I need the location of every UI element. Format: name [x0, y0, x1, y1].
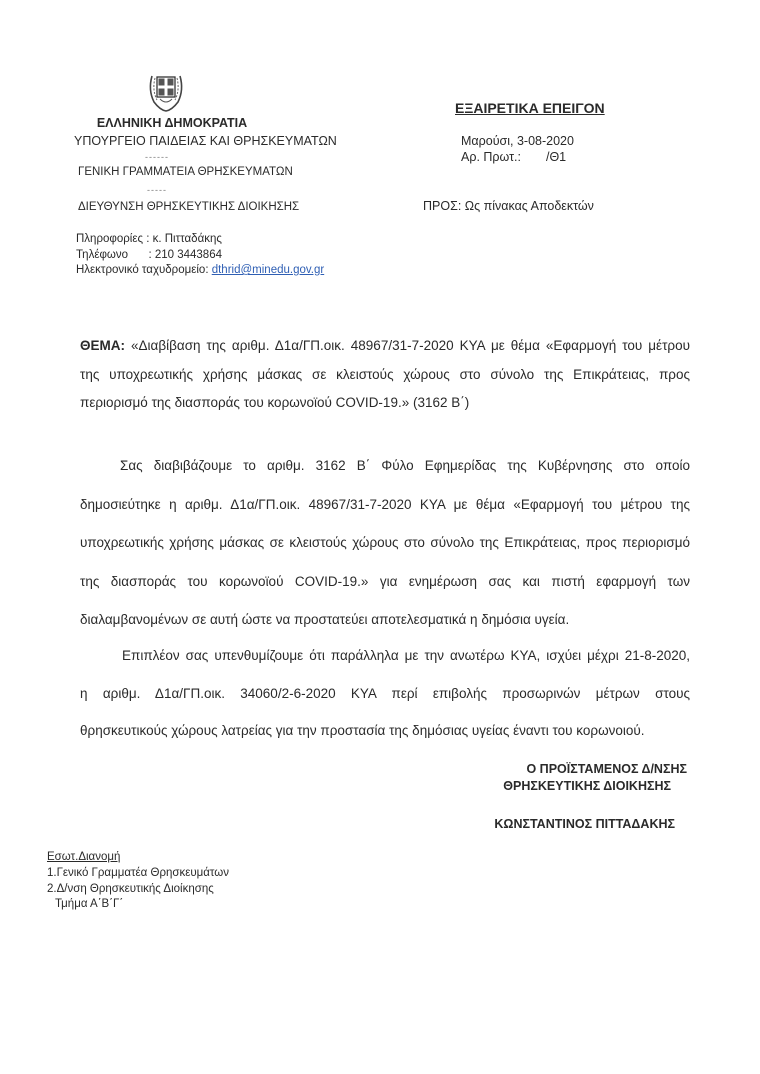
email-label: Ηλεκτρονικό ταχυδρομείο:	[76, 264, 209, 276]
subject-text: «Διαβίβαση της αριθμ. Δ1α/ΓΠ.οικ. 48967/…	[131, 338, 690, 353]
paragraph-2-line: θρησκευτικούς χώρους λατρείας για την πρ…	[80, 723, 645, 738]
paragraph-2-line: Επιπλέον σας υπενθυμίζουμε ότι παράλληλα…	[122, 648, 690, 663]
recipient: ΠΡΟΣ: Ως πίνακας Αποδεκτών	[423, 199, 594, 213]
subject-line-1: ΘΕΜΑ: «Διαβίβαση της αριθμ. Δ1α/ΓΠ.οικ. …	[80, 338, 690, 353]
separator: -----	[147, 185, 167, 195]
protocol-value: /Θ1	[546, 150, 566, 164]
signature-title-1: Ο ΠΡΟΪΣΤΑΜΕΝΟΣ Δ/ΝΣΗΣ	[482, 762, 687, 776]
signature-title-2: ΘΡΗΣΚΕΥΤΙΚΗΣ ΔΙΟΙΚΗΣΗΣ	[482, 779, 671, 793]
urgency-label: ΕΞΑΙΡΕΤΙΚΑ ΕΠΕΙΓΟΝ	[455, 100, 605, 116]
contact-email: Ηλεκτρονικό ταχυδρομείο: dthrid@minedu.g…	[76, 264, 324, 276]
contact-phone: Τηλέφωνο : 210 3443864	[76, 249, 222, 261]
distribution-heading: Εσωτ.Διανομή	[47, 851, 120, 863]
subject-label: ΘΕΜΑ:	[80, 338, 125, 353]
paragraph-1-line: Σας διαβιβάζουμε το αριθμ. 3162 Β΄ Φύλο …	[120, 458, 690, 473]
phone-value: : 210 3443864	[148, 249, 222, 261]
directorate: ΔΙΕΥΘΥΝΣΗ ΘΡΗΣΚΕΥΤΙΚΗΣ ΔΙΟΙΚΗΣΗΣ	[78, 201, 299, 213]
contact-info: Πληροφορίες : κ. Πιτταδάκης	[76, 233, 222, 245]
distribution-item: 2.Δ/νση Θρησκευτικής Διοίκησης	[47, 883, 214, 895]
state-name: ΕΛΛΗΝΙΚΗ ΔΗΜΟΚΡΑΤΙΑ	[92, 116, 252, 130]
place-date: Μαρούσι, 3-08-2020	[461, 134, 574, 148]
paragraph-1-line: υποχρεωτικής χρήσης μάσκας σε κλειστούς …	[80, 535, 690, 550]
paragraph-1-line: διαλαμβανομένων σε αυτή ώστε να προστατε…	[80, 612, 569, 627]
paragraph-1-line: της διασποράς του κορωνοϊού COVID-19.» γ…	[80, 574, 690, 589]
distribution-item: 1.Γενικό Γραμματέα Θρησκευμάτων	[47, 867, 229, 879]
ministry-name: ΥΠΟΥΡΓΕΙΟ ΠΑΙΔΕΙΑΣ ΚΑΙ ΘΡΗΣΚΕΥΜΑΤΩΝ	[74, 134, 337, 148]
greek-coat-of-arms-icon	[146, 68, 186, 112]
subject-line-3: περιορισμό της διασποράς του κορωνοϊού C…	[80, 395, 469, 410]
signatory-name: ΚΩΝΣΤΑΝΤΙΝΟΣ ΠΙΤΤΑΔΑΚΗΣ	[470, 817, 675, 831]
email-link[interactable]: dthrid@minedu.gov.gr	[212, 264, 324, 276]
distribution-item: Τμήμα Α΄Β΄Γ΄	[55, 898, 123, 910]
protocol-label: Αρ. Πρωτ.:	[461, 150, 521, 164]
subject-line-2: της υποχρεωτικής χρήσης μάσκας σε κλειστ…	[80, 367, 690, 382]
paragraph-2-line: η αριθμ. Δ1α/ΓΠ.οικ. 34060/2-6-2020 ΚΥΑ …	[80, 686, 690, 701]
paragraph-1-line: δημοσιεύτηκε η αριθμ. Δ1α/ΓΠ.οικ. 48967/…	[80, 497, 690, 512]
separator: ------	[145, 152, 169, 162]
phone-label: Τηλέφωνο	[76, 249, 128, 261]
protocol-number: Αρ. Πρωτ.: /Θ1	[461, 150, 566, 164]
general-secretariat: ΓΕΝΙΚΗ ΓΡΑΜΜΑΤΕΙΑ ΘΡΗΣΚΕΥΜΑΤΩΝ	[78, 166, 293, 178]
